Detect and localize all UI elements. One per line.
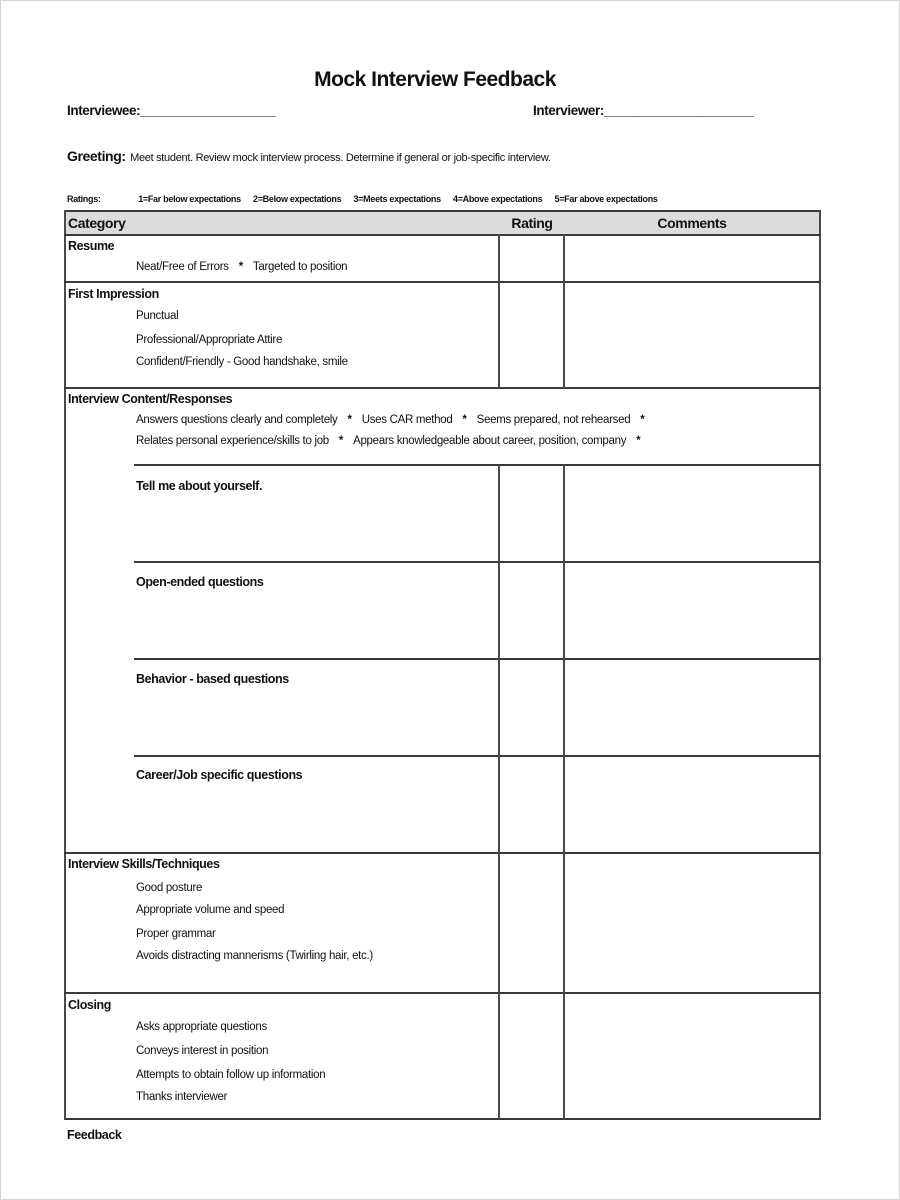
table-border-right <box>819 210 821 1120</box>
header-comments: Comments <box>564 215 820 231</box>
rating-cell-tell-me[interactable] <box>500 466 563 561</box>
rating-scale-2: 2=Below expectations <box>253 194 341 204</box>
criterion: Attempts to obtain follow up information <box>136 1069 325 1081</box>
greeting-text: Meet student. Review mock interview proc… <box>130 152 551 164</box>
criterion: Professional/Appropriate Attire <box>136 334 282 346</box>
header-rating: Rating <box>499 215 565 231</box>
table-border-top <box>64 210 821 212</box>
criterion: Seems prepared, not rehearsed <box>477 414 631 426</box>
interviewer-blank[interactable]: _____________________ <box>604 103 753 118</box>
criteria-line: Relates personal experience/skills to jo… <box>136 435 650 447</box>
question-career-job: Career/Job specific questions <box>136 768 302 782</box>
rating-cell-first-impression[interactable] <box>500 283 563 387</box>
interviewer-label: Interviewer: <box>533 103 604 118</box>
criterion: Good posture <box>136 882 202 894</box>
criterion: Conveys interest in position <box>136 1045 268 1057</box>
bullet-icon: * <box>339 435 343 447</box>
section-first-impression: First Impression <box>68 287 159 301</box>
section-interview-content: Interview Content/Responses <box>68 392 232 406</box>
criterion: Avoids distracting mannerisms (Twirling … <box>136 950 373 962</box>
rating-cell-behavior[interactable] <box>500 660 563 755</box>
row-divider <box>64 387 821 389</box>
bullet-icon: * <box>636 435 640 447</box>
rating-cell-resume[interactable] <box>500 236 563 281</box>
comments-cell-career[interactable] <box>565 757 819 852</box>
page-title: Mock Interview Feedback <box>0 68 870 92</box>
criterion: Relates personal experience/skills to jo… <box>136 435 329 447</box>
criterion: Answers questions clearly and completely <box>136 414 338 426</box>
rating-cell-skills[interactable] <box>500 854 563 992</box>
criterion: Uses CAR method <box>362 414 453 426</box>
section-closing: Closing <box>68 998 111 1012</box>
interviewee-blank[interactable]: ___________________ <box>140 103 275 118</box>
criterion: Neat/Free of Errors <box>136 261 229 273</box>
criteria-line: Neat/Free of Errors*Targeted to position <box>136 261 347 273</box>
bullet-icon: * <box>348 414 352 426</box>
question-open-ended: Open-ended questions <box>136 575 263 589</box>
ratings-legend: Ratings: 1=Far below expectations 2=Belo… <box>67 194 658 204</box>
criterion: Confident/Friendly - Good handshake, smi… <box>136 356 348 368</box>
question-behavior-based: Behavior - based questions <box>136 672 289 686</box>
feedback-label: Feedback <box>67 1128 121 1142</box>
comments-cell-closing[interactable] <box>565 994 819 1118</box>
criterion: Appears knowledgeable about career, posi… <box>353 435 626 447</box>
criterion: Appropriate volume and speed <box>136 904 284 916</box>
criterion: Targeted to position <box>253 261 347 273</box>
rating-cell-closing[interactable] <box>500 994 563 1118</box>
criteria-line: Answers questions clearly and completely… <box>136 414 654 426</box>
bullet-icon: * <box>239 261 243 273</box>
interviewer-field[interactable]: Interviewer:_____________________ <box>533 103 753 118</box>
rating-scale-5: 5=Far above expectations <box>555 194 658 204</box>
greeting-label: Greeting: <box>67 148 126 164</box>
bullet-icon: * <box>462 414 466 426</box>
interviewee-label: Interviewee: <box>67 103 140 118</box>
comments-cell-skills[interactable] <box>565 854 819 992</box>
section-interview-skills: Interview Skills/Techniques <box>68 857 220 871</box>
comments-cell-behavior[interactable] <box>565 660 819 755</box>
rating-scale-1: 1=Far below expectations <box>138 194 241 204</box>
table-border-bottom <box>64 1118 821 1120</box>
criterion: Asks appropriate questions <box>136 1021 267 1033</box>
bullet-icon: * <box>640 414 644 426</box>
comments-cell-resume[interactable] <box>565 236 819 281</box>
question-tell-me-about-yourself: Tell me about yourself. <box>136 479 262 493</box>
rating-scale-3: 3=Meets expectations <box>354 194 441 204</box>
rating-cell-open-ended[interactable] <box>500 563 563 658</box>
ratings-label: Ratings: <box>67 194 136 204</box>
header-category: Category <box>68 215 125 231</box>
criterion: Proper grammar <box>136 928 216 940</box>
comments-cell-first-impression[interactable] <box>565 283 819 387</box>
criterion: Thanks interviewer <box>136 1091 227 1103</box>
rating-cell-career[interactable] <box>500 757 563 852</box>
criterion: Punctual <box>136 310 178 322</box>
interviewee-field[interactable]: Interviewee:___________________ <box>67 103 275 118</box>
comments-cell-open-ended[interactable] <box>565 563 819 658</box>
table-border-left <box>64 210 66 1120</box>
greeting: Greeting: Meet student. Review mock inte… <box>67 148 551 166</box>
section-resume: Resume <box>68 239 114 253</box>
rating-scale-4: 4=Above expectations <box>453 194 542 204</box>
comments-cell-tell-me[interactable] <box>565 466 819 561</box>
